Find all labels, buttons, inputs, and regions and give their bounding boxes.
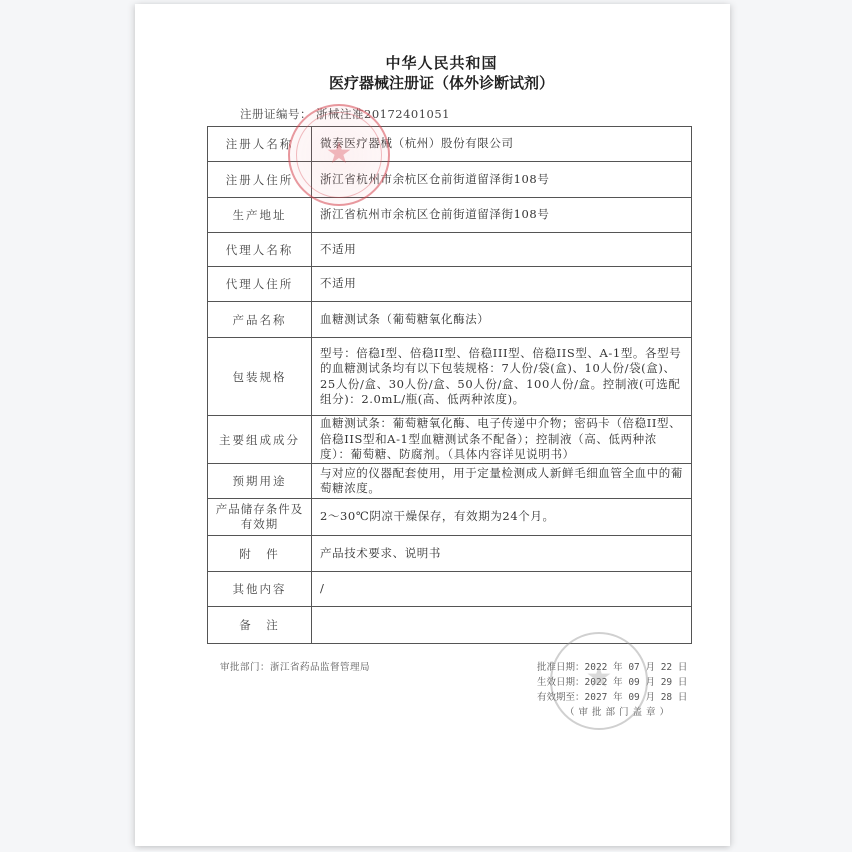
- table-row: 附 件 产品技术要求、说明书: [208, 536, 692, 572]
- row-label: 注册人名称: [208, 127, 312, 162]
- row-value: 与对应的仪器配套使用，用于定量检测成人新鲜毛细血管全血中的葡萄糖浓度。: [312, 464, 692, 499]
- row-value: 浙江省杭州市余杭区仓前街道留泽街108号: [312, 198, 692, 233]
- row-label: 包装规格: [208, 338, 312, 416]
- row-label: 代理人名称: [208, 233, 312, 267]
- table-row: 其他内容 /: [208, 572, 692, 607]
- table-row: 备 注: [208, 607, 692, 644]
- row-label: 产品名称: [208, 302, 312, 338]
- approval-department: 审批部门：浙江省药品监督管理局: [220, 659, 370, 673]
- table-row: 预期用途 与对应的仪器配套使用，用于定量检测成人新鲜毛细血管全血中的葡萄糖浓度。: [208, 464, 692, 499]
- seal-label: （审批部门盖章）: [537, 705, 687, 720]
- row-value: 2～30℃阴凉干燥保存，有效期为24个月。: [312, 499, 692, 536]
- row-label: 产品储存条件及有效期: [208, 499, 312, 536]
- row-label: 附 件: [208, 536, 312, 572]
- registration-table: 注册人名称 微泰医疗器械（杭州）股份有限公司 注册人住所 浙江省杭州市余杭区仓前…: [207, 126, 692, 644]
- row-label: 主要组成成分: [208, 416, 312, 464]
- table-row: 代理人住所 不适用: [208, 267, 692, 302]
- row-label: 注册人住所: [208, 162, 312, 198]
- row-value: /: [312, 572, 692, 607]
- table-row: 生产地址 浙江省杭州市余杭区仓前街道留泽街108号: [208, 198, 692, 233]
- registration-number-value: 浙械注准20172401051: [316, 107, 450, 121]
- certificate-page: 中华人民共和国 医疗器械注册证（体外诊断试剂） 注册证编号：浙械注准201724…: [135, 4, 730, 846]
- document-title-country: 中华人民共和国: [135, 52, 730, 73]
- document-title-certificate: 医疗器械注册证（体外诊断试剂）: [135, 72, 730, 93]
- row-value: 浙江省杭州市余杭区仓前街道留泽街108号: [312, 162, 692, 198]
- row-value: 型号：倍稳I型、倍稳II型、倍稳III型、倍稳IIS型、A-1型。各型号的血糖测…: [312, 338, 692, 416]
- row-label: 其他内容: [208, 572, 312, 607]
- row-value: 血糖测试条（葡萄糖氧化酶法）: [312, 302, 692, 338]
- table-row: 包装规格 型号：倍稳I型、倍稳II型、倍稳III型、倍稳IIS型、A-1型。各型…: [208, 338, 692, 416]
- approval-dates: 批准日期：2022 年 07 月 22 日 生效日期：2022 年 09 月 2…: [537, 660, 687, 720]
- row-value: 不适用: [312, 267, 692, 302]
- table-row: 产品储存条件及有效期 2～30℃阴凉干燥保存，有效期为24个月。: [208, 499, 692, 536]
- approval-date: 批准日期：2022 年 07 月 22 日: [537, 660, 687, 675]
- row-label: 预期用途: [208, 464, 312, 499]
- row-label: 备 注: [208, 607, 312, 644]
- table-row: 注册人住所 浙江省杭州市余杭区仓前街道留泽街108号: [208, 162, 692, 198]
- row-label: 生产地址: [208, 198, 312, 233]
- effective-date: 生效日期：2022 年 09 月 29 日: [537, 675, 687, 690]
- row-value: 微泰医疗器械（杭州）股份有限公司: [312, 127, 692, 162]
- row-value: 产品技术要求、说明书: [312, 536, 692, 572]
- table-row: 注册人名称 微泰医疗器械（杭州）股份有限公司: [208, 127, 692, 162]
- row-label: 代理人住所: [208, 267, 312, 302]
- registration-number-line: 注册证编号：浙械注准20172401051: [240, 106, 450, 122]
- registration-number-label: 注册证编号：: [240, 107, 312, 121]
- table-row: 代理人名称 不适用: [208, 233, 692, 267]
- row-value: 血糖测试条：葡萄糖氧化酶、电子传递中介物；密码卡（倍稳II型、倍稳IIS型和A-…: [312, 416, 692, 464]
- row-value: [312, 607, 692, 644]
- table-row: 主要组成成分 血糖测试条：葡萄糖氧化酶、电子传递中介物；密码卡（倍稳II型、倍稳…: [208, 416, 692, 464]
- expiry-date: 有效期至：2027 年 09 月 28 日: [537, 690, 687, 705]
- table-row: 产品名称 血糖测试条（葡萄糖氧化酶法）: [208, 302, 692, 338]
- row-value: 不适用: [312, 233, 692, 267]
